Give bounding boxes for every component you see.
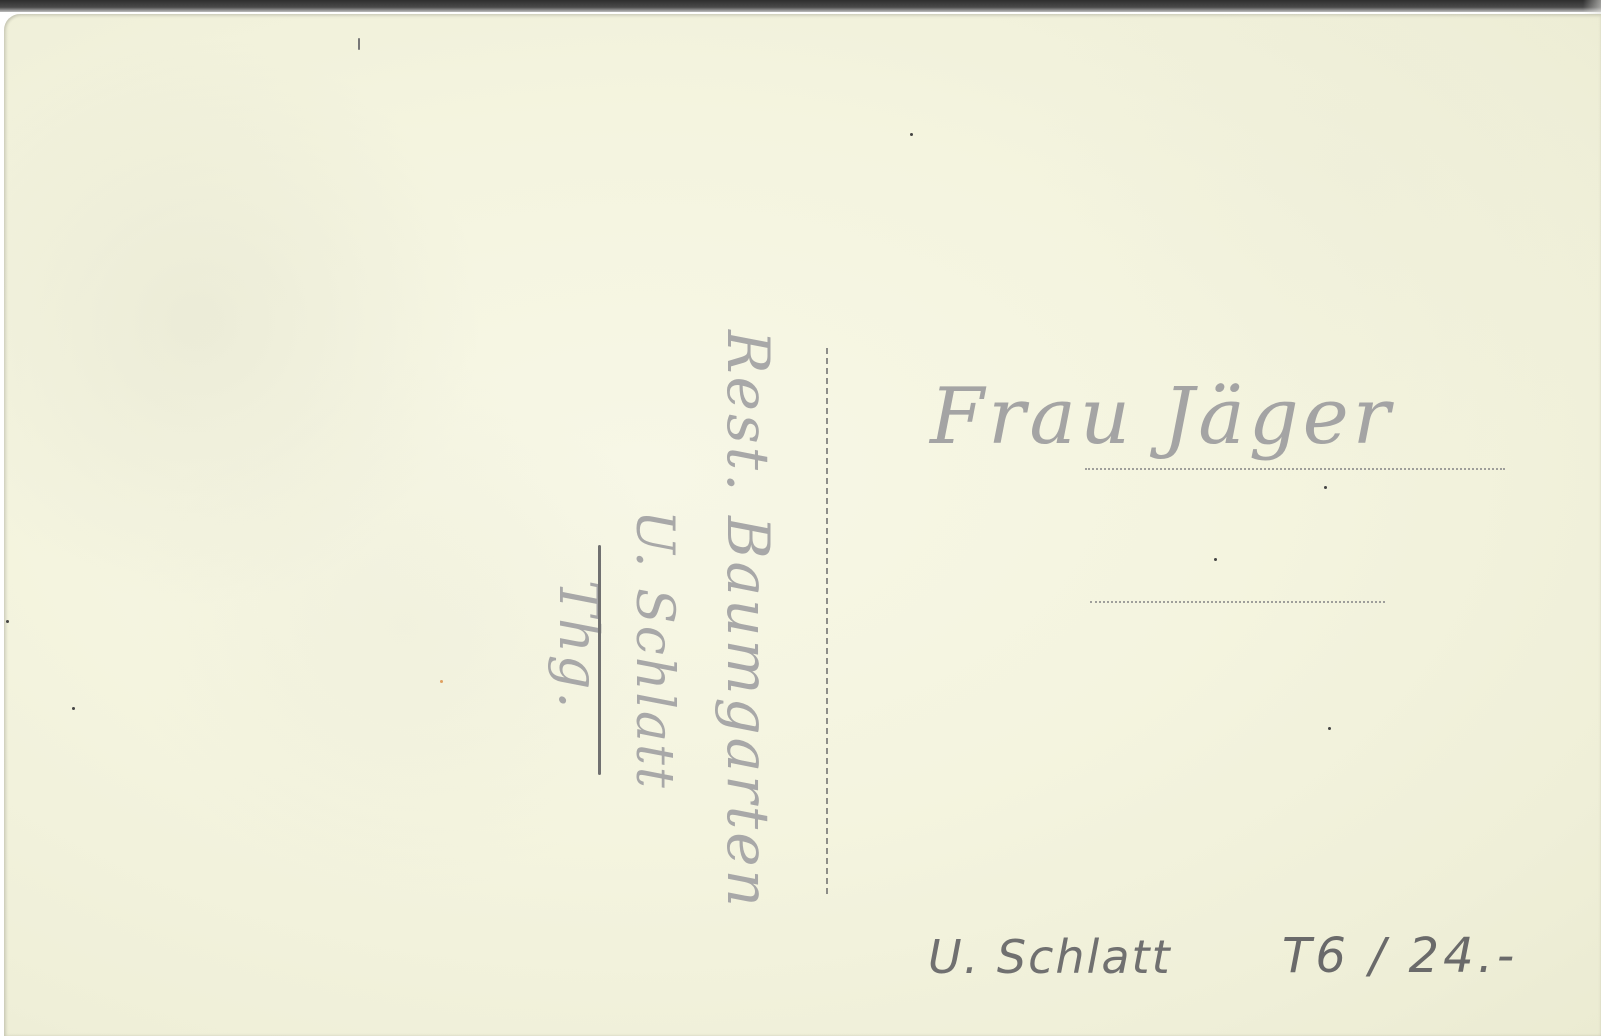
address-line-1 (1085, 468, 1505, 470)
address-line-2 (1090, 601, 1385, 603)
postcard-back (4, 14, 1601, 1036)
sender-address-block: Rest. Baumgarten U. Schlatt Thg. (470, 330, 800, 930)
scan-frame: Rest. Baumgarten U. Schlatt Thg. Frau Jä… (0, 0, 1601, 1036)
center-divider-line (826, 348, 828, 894)
scanner-shadow (0, 0, 1601, 12)
recipient-name: Frau Jäger (930, 372, 1394, 462)
paper-mark (358, 38, 360, 50)
footer-catalog-code: T6 / 24.- (1282, 928, 1518, 984)
sender-underline (598, 545, 601, 775)
paper-speck (72, 707, 75, 710)
paper-speck (1324, 486, 1327, 489)
paper-speck (6, 620, 9, 623)
sender-line-1: Rest. Baumgarten (714, 330, 782, 910)
paper-speck (1214, 558, 1217, 561)
sender-line-2: U. Schlatt (624, 510, 684, 790)
paper-speck (1328, 727, 1331, 730)
footer-location-note: U. Schlatt (928, 930, 1172, 984)
paper-speck (440, 680, 443, 683)
paper-speck (910, 133, 913, 136)
